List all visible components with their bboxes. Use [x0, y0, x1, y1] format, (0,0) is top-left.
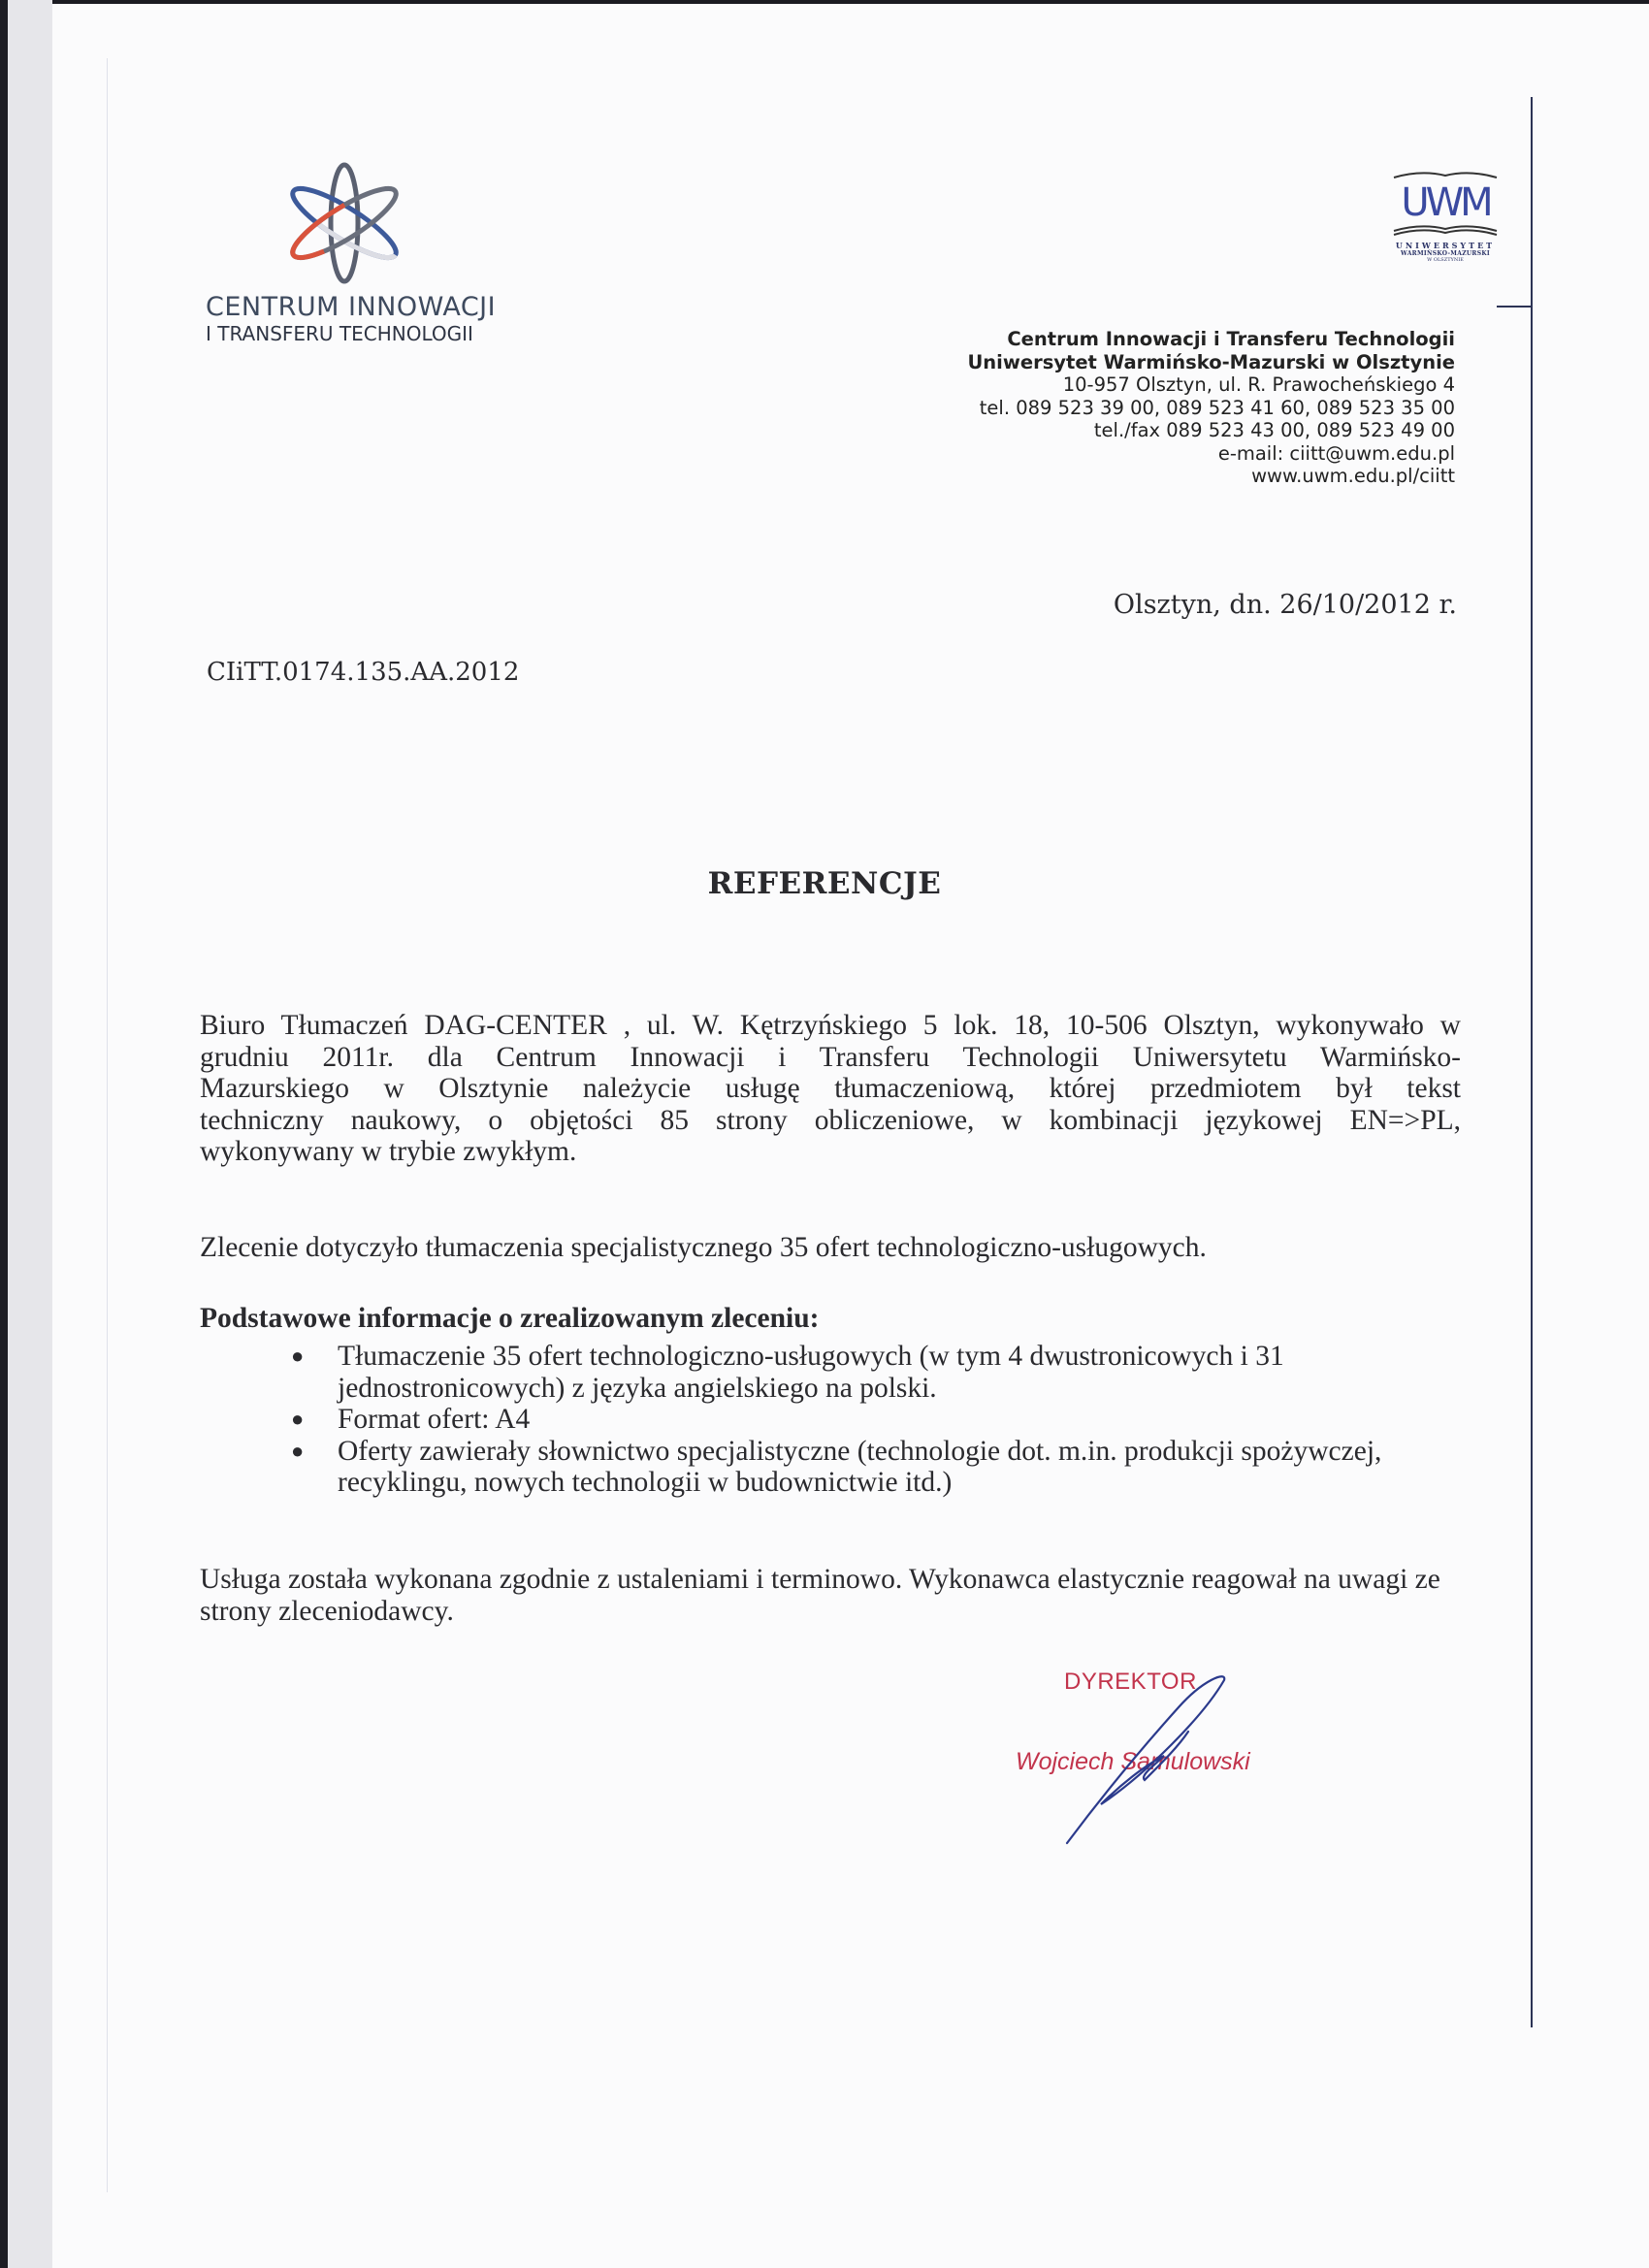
uwm-line-2: WARMIŃSKO-MAZURSKI: [1387, 250, 1503, 257]
open-book-bottom-icon: [1392, 223, 1499, 237]
handwritten-signature-icon: [1009, 1669, 1339, 1863]
paragraph-4: Usługa została wykonana zgodnie z ustale…: [200, 1564, 1461, 1627]
bullet-icon: ●: [291, 1436, 304, 1468]
address-phone: tel. 089 523 39 00, 089 523 41 60, 089 5…: [967, 397, 1455, 420]
list-item: ● Tłumaczenie 35 ofert technologiczno-us…: [291, 1341, 1455, 1404]
list-item: ● Oferty zawierały słownictwo specjalist…: [291, 1436, 1455, 1499]
address-university: Uniwersytet Warmińsko-Mazurski w Olsztyn…: [967, 351, 1455, 374]
section-heading: Podstawowe informacje o zrealizowanym zl…: [200, 1303, 1461, 1335]
reference-number: CIiTT.0174.135.AA.2012: [207, 658, 519, 687]
paragraph-1-line: grudniu 2011r. dla Centrum Innowacji i T…: [200, 1042, 1461, 1074]
signature-block: DYREKTOR Wojciech Samulowski: [1009, 1669, 1339, 1863]
paragraph-1-line: techniczny naukowy, o objętości 85 stron…: [200, 1105, 1461, 1137]
address-email: e-mail: ciitt@uwm.edu.pl: [967, 442, 1455, 466]
list-item-text: Oferty zawierały słownictwo specjalistyc…: [338, 1436, 1381, 1499]
scan-edge-shadow: [8, 0, 52, 2268]
uwm-logo: UWM UNIWERSYTET WARMIŃSKO-MAZURSKI W OLS…: [1387, 165, 1503, 263]
bullet-icon: ●: [291, 1404, 304, 1436]
document-title: REFERENCJE: [0, 866, 1649, 901]
list-item-text: Tłumaczenie 35 ofert technologiczno-usłu…: [338, 1341, 1284, 1404]
letterhead-vertical-rule: [1531, 97, 1533, 2027]
logo-line-1: CENTRUM INNOWACJI: [206, 293, 535, 322]
uwm-mark: UWM: [1387, 183, 1503, 222]
uwm-line-1: UNIWERSYTET: [1387, 241, 1503, 250]
letter-date: Olsztyn, dn. 26/10/2012 r.: [1114, 590, 1457, 620]
paragraph-2: Zlecenie dotyczyło tłumaczenia specjalis…: [200, 1232, 1461, 1264]
bullet-icon: ●: [291, 1341, 304, 1373]
list-item: ● Format ofert: A4: [291, 1404, 1455, 1436]
address-website: www.uwm.edu.pl/ciitt: [967, 465, 1455, 488]
address-org: Centrum Innowacji i Transferu Technologi…: [967, 328, 1455, 351]
uwm-line-3: W OLSZTYNIE: [1387, 257, 1503, 263]
paragraph-1-line: Mazurskiego w Olsztynie należycie usługę…: [200, 1073, 1461, 1105]
list-item-text: Format ofert: A4: [338, 1404, 530, 1435]
atom-orbits-icon: [281, 155, 407, 291]
scan-edge-left: [0, 0, 8, 2268]
ciitt-logo: CENTRUM INNOWACJI I TRANSFERU TECHNOLOGI…: [206, 155, 535, 345]
letterhead-address: Centrum Innowacji i Transferu Technologi…: [967, 328, 1455, 488]
logo-line-2: I TRANSFERU TECHNOLOGII: [206, 322, 535, 345]
address-street: 10-957 Olsztyn, ul. R. Prawocheńskiego 4: [967, 373, 1455, 397]
scan-artifact-line: [107, 58, 108, 2192]
paragraph-1-line: Biuro Tłumaczeń DAG-CENTER , ul. W. Kętr…: [200, 1010, 1461, 1042]
details-list: ● Tłumaczenie 35 ofert technologiczno-us…: [291, 1341, 1455, 1499]
paragraph-1: Biuro Tłumaczeń DAG-CENTER , ul. W. Kętr…: [200, 1010, 1461, 1168]
address-fax: tel./fax 089 523 43 00, 089 523 49 00: [967, 419, 1455, 442]
letterhead-rule-tick: [1497, 306, 1532, 308]
open-book-top-icon: [1392, 170, 1499, 179]
paragraph-1-line: wykonywany w trybie zwykłym.: [200, 1136, 1461, 1168]
